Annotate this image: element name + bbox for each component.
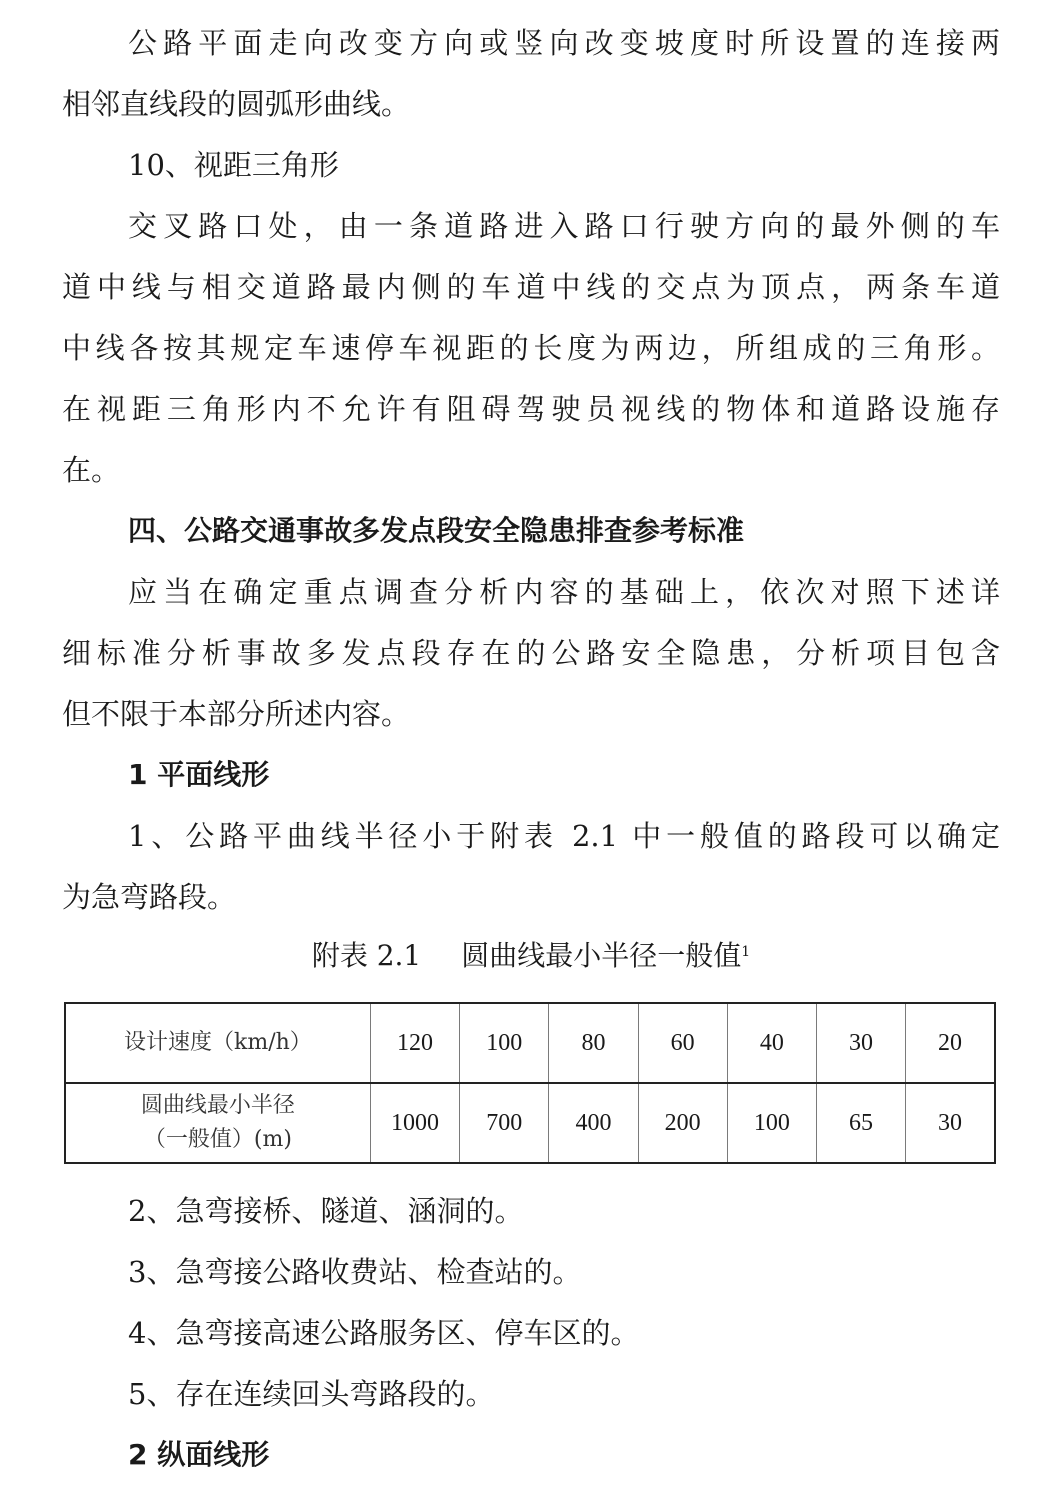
sight-triangle-line-2: 道中线与相交道路最内侧的车道中线的交点为顶点，两条车道: [62, 269, 1000, 305]
table-row-design-speed: 设计速度（km/h） 120 100 80 60 40 30 20: [65, 1003, 995, 1083]
rule-4: 4、急弯接高速公路服务区、停车区的。: [128, 1315, 1000, 1351]
footnote-marker: 1: [741, 944, 750, 960]
table-cell: 30: [816, 1003, 905, 1083]
table-cell: 30: [905, 1083, 995, 1163]
min-radius-table: 设计速度（km/h） 120 100 80 60 40 30 20 圆曲线最小半…: [64, 1002, 996, 1164]
rule-2: 2、急弯接桥、隧道、涵洞的。: [128, 1193, 1000, 1229]
row-header-design-speed: 设计速度（km/h）: [65, 1003, 370, 1083]
table-cell: 65: [816, 1083, 905, 1163]
sight-triangle-line-1: 交叉路口处，由一条道路进入路口行驶方向的最外侧的车: [128, 208, 1000, 244]
rule-3: 3、急弯接公路收费站、检查站的。: [128, 1254, 1000, 1290]
table-cell: 1000: [370, 1083, 459, 1163]
sight-triangle-line-3: 中线各按其规定车速停车视距的长度为两边，所组成的三角形。: [62, 330, 1000, 366]
curve-definition-line-1: 公路平面走向改变方向或竖向改变坡度时所设置的连接两: [128, 25, 1000, 61]
section-4-intro-line-2: 细标准分析事故多发点段存在的公路安全隐患，分析项目包含: [62, 635, 1000, 671]
table-cell: 40: [727, 1003, 816, 1083]
sight-triangle-line-4: 在视距三角形内不允许有阻碍驾驶员视线的物体和道路设施存: [62, 391, 1000, 427]
table-caption: 附表 2.1圆曲线最小半径一般值1: [62, 938, 1000, 974]
table-caption-label: 附表 2.1: [312, 939, 421, 972]
item-10-title: 10、视距三角形: [128, 147, 1000, 183]
table-cell: 200: [638, 1083, 727, 1163]
row-header-min-radius: 圆曲线最小半径 （一般值）(m): [65, 1083, 370, 1163]
rule-5: 5、存在连续回头弯路段的。: [128, 1376, 1000, 1412]
section-4-heading: 四、公路交通事故多发点段安全隐患排查参考标准: [128, 513, 1000, 549]
table-cell: 700: [460, 1083, 549, 1163]
table-cell: 400: [549, 1083, 638, 1163]
curve-definition-line-2: 相邻直线段的圆弧形曲线。: [62, 86, 1000, 122]
table-cell: 100: [727, 1083, 816, 1163]
section-4-intro-line-1: 应当在确定重点调查分析内容的基础上，依次对照下述详: [128, 574, 1000, 610]
rule-1-line-1: 1、公路平曲线半径小于附表 2.1 中一般值的路段可以确定: [128, 818, 1000, 854]
table-cell: 120: [370, 1003, 459, 1083]
table-row-min-radius: 圆曲线最小半径 （一般值）(m) 1000 700 400 200 100 65…: [65, 1083, 995, 1163]
sight-triangle-line-5: 在。: [62, 452, 1000, 488]
subsection-1-heading: 1 平面线形: [128, 757, 1000, 793]
subsection-2-heading: 2 纵面线形: [128, 1437, 1000, 1473]
table-cell: 80: [549, 1003, 638, 1083]
table-caption-title: 圆曲线最小半径一般值: [461, 939, 741, 972]
table-cell: 100: [460, 1003, 549, 1083]
rule-1-line-2: 为急弯路段。: [62, 879, 1000, 915]
section-4-intro-line-3: 但不限于本部分所述内容。: [62, 696, 1000, 732]
table-cell: 20: [905, 1003, 995, 1083]
table-cell: 60: [638, 1003, 727, 1083]
